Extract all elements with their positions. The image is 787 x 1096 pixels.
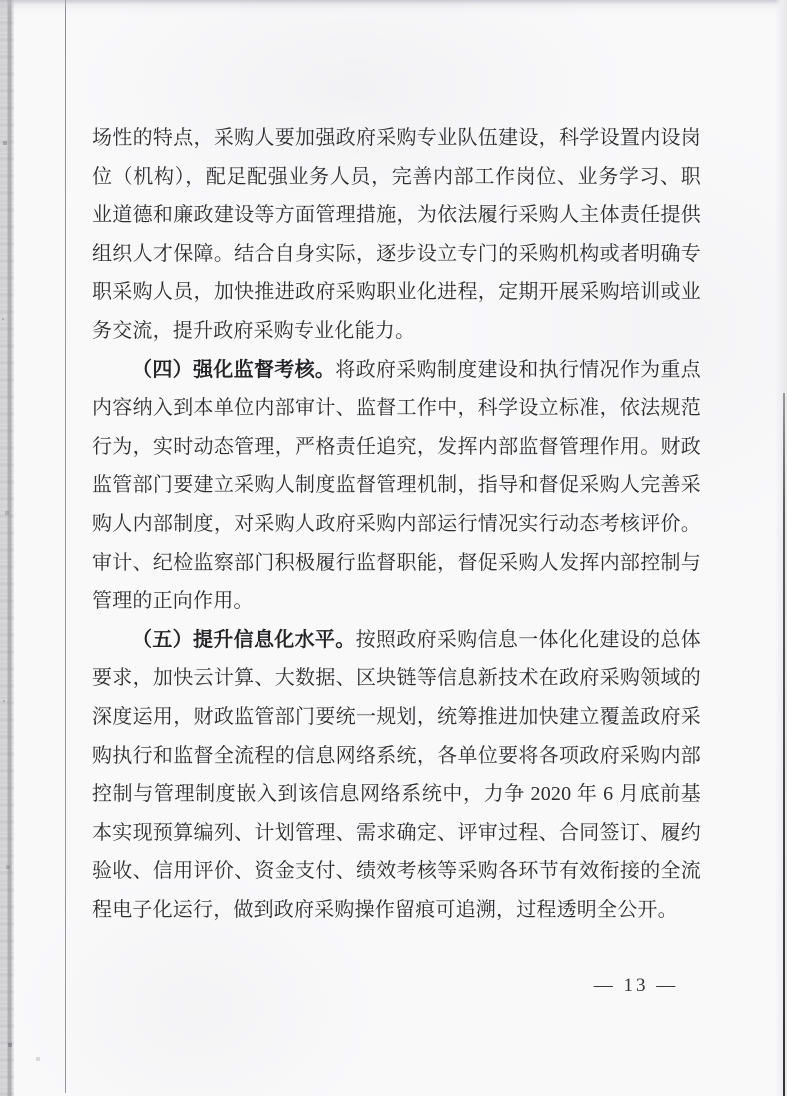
paragraph-text: 将政府采购制度建设和执行情况作为重点内容纳入到本单位内部审计、监督工作中，科学设…	[92, 359, 701, 613]
scan-crease-line	[65, 0, 66, 1093]
document-body: 场性的特点，采购人要加强政府采购专业队伍建设，科学设置内设岗位（机构），配足配强…	[92, 119, 701, 929]
section-heading: （四）强化监督考核。	[132, 359, 335, 381]
page-number: — 13 —	[566, 975, 706, 997]
paragraph-text: 场性的特点，采购人要加强政府采购专业队伍建设，科学设置内设岗位（机构），配足配强…	[92, 127, 701, 342]
paragraph: 场性的特点，采购人要加强政府采购专业队伍建设，科学设置内设岗位（机构），配足配强…	[92, 119, 701, 351]
scan-edge-right	[775, 0, 787, 1096]
scan-edge-left-noise	[0, 0, 14, 1096]
paragraph: （五）提升信息化水平。按照政府采购信息一体化化建设的总体要求，加快云计算、大数据…	[92, 621, 701, 930]
paragraph-text: 按照政府采购信息一体化化建设的总体要求，加快云计算、大数据、区块链等信息新技术在…	[92, 629, 701, 921]
section-heading: （五）提升信息化水平。	[132, 629, 356, 651]
page-edge-shadow-line	[783, 393, 785, 1096]
scanned-document-page: 场性的特点，采购人要加强政府采购专业队伍建设，科学设置内设岗位（机构），配足配强…	[0, 0, 787, 1096]
paragraph: （四）强化监督考核。将政府采购制度建设和执行情况作为重点内容纳入到本单位内部审计…	[92, 351, 701, 621]
scan-edge-top	[0, 0, 787, 9]
